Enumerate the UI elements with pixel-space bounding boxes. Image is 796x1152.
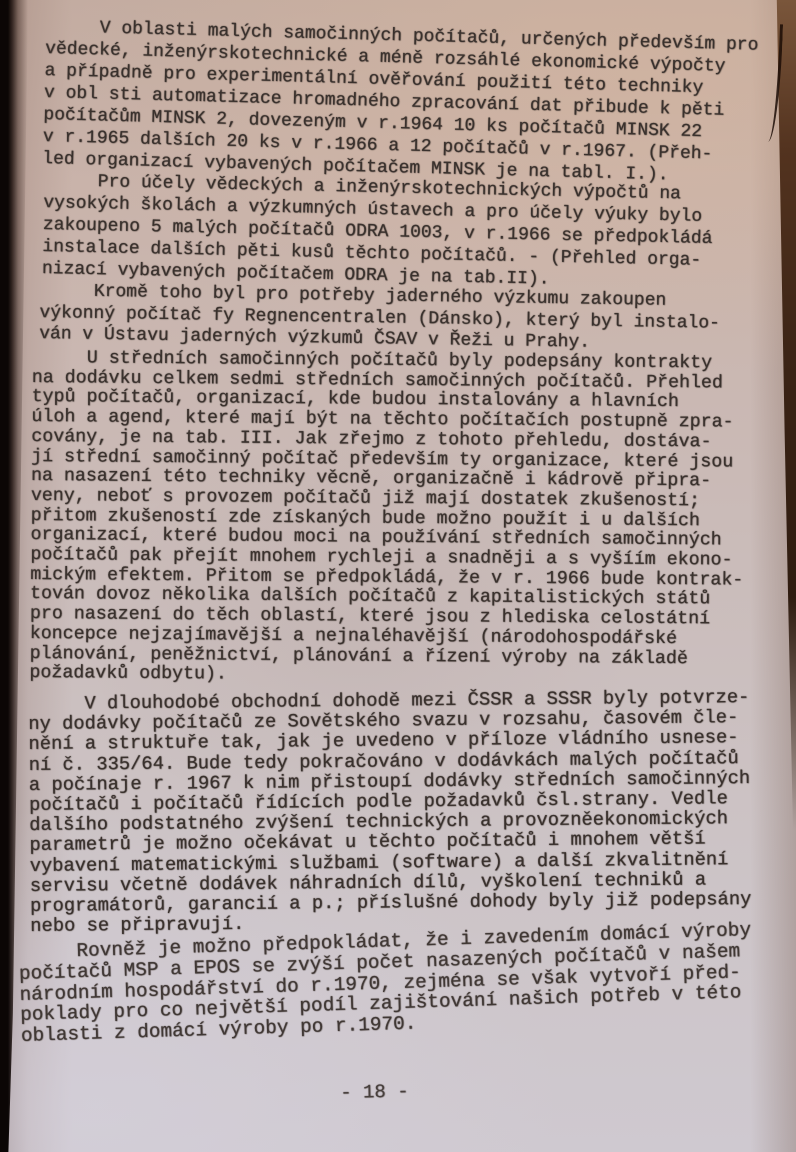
page-number: - 18 - [340, 1081, 409, 1104]
document-page: V oblasti malých samočinných počítačů, u… [0, 0, 796, 1152]
paragraph-medium-computers: U středních samočinných počítačů byly po… [29, 349, 745, 690]
paragraph-domestic-production: Rovněž je možno předpokládat, že i zaved… [18, 920, 754, 1047]
paragraph-regnecentralen: Kromě toho byl pro potřeby jaderného výz… [39, 281, 720, 356]
paragraph-minsk-computers: V oblasti malých samočinných počítačů, u… [42, 16, 759, 189]
paragraph-ussr-trade-agreement: V dlouhodobé obchodní dohodě mezi ČSSR a… [28, 687, 752, 936]
paragraph-odra-computers: Pro účely vědeckých a inženýrskotechnick… [42, 170, 714, 294]
scanned-document-photo: V oblasti malých samočinných počítačů, u… [0, 0, 796, 1152]
